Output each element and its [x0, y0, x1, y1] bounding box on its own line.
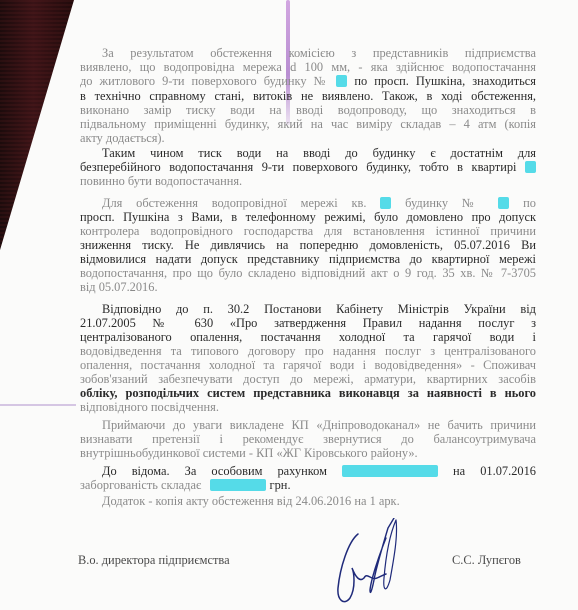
redacted-house-number — [336, 75, 347, 87]
p4-line-6: зобов'язаний забезпечувати доступ до мер… — [80, 372, 536, 386]
p3-line-2: просп. Пушкіна з Вами, в телефонному реж… — [80, 210, 536, 224]
p4-line-7: обліку, розподільчих систем представника… — [80, 386, 536, 400]
p6-line-2: заборгованість складає грн. — [80, 478, 536, 492]
signer-name: С.С. Лупєгов — [452, 553, 521, 568]
p4-line-2: 21.07.2005 № 630 «Про затвердження Прави… — [80, 316, 536, 330]
p3-line-6: водопостачання, про що було складено від… — [80, 266, 536, 280]
scan-shadow-corner — [0, 0, 74, 250]
p1-line-7: акту додається). — [80, 131, 536, 145]
p6-line-1a: До відома. За особовим рахунком — [102, 464, 327, 478]
p6-line-2a: заборгованість складає — [80, 478, 201, 492]
p4-line-3: централізованого опалення, постачання хо… — [80, 330, 536, 344]
p5-line-1: Приймаючи до уваги викладене КП «Дніпров… — [102, 418, 536, 432]
redacted-house — [498, 197, 509, 209]
p1-line-3: до житлового 9-ти поверхового будинку № … — [80, 74, 536, 88]
p2-line-2: безперебійного водопостачання 9-ти повер… — [80, 160, 536, 174]
handwritten-signature — [330, 518, 420, 608]
p3-line-1b: будинку № — [405, 196, 484, 210]
attachment-note: Додаток - копія акту обстеження від 24.0… — [102, 494, 536, 508]
p4-line-4: водовідведення та типового договору про … — [80, 344, 536, 358]
p2-line-2a: безперебійного водопостачання 9-ти повер… — [80, 160, 516, 174]
p1-line-1: За результатом обстеження комісією з пре… — [102, 46, 536, 60]
signer-position: В.о. директора підприємства — [78, 553, 230, 568]
p1-line-3a: до житлового 9-ти поверхового будинку № — [80, 74, 329, 88]
p4-line-5: опалення, постачання холодної та гарячої… — [80, 358, 536, 372]
p2-line-1: Таким чином тиск води на вводі до будинк… — [102, 146, 536, 160]
p5-line-3: внутрішньобудинкової системи - КП «ЖГ Кі… — [80, 446, 536, 460]
p6-line-1b: на 01.07.2016 — [453, 464, 536, 478]
p1-line-4: в технічно справному стані, витоків не в… — [80, 89, 536, 103]
p3-line-1: Для обстеження водопровідної мережі кв. … — [102, 196, 536, 210]
p3-line-3: контролера водопровідного господарства д… — [80, 224, 536, 238]
p1-line-6: підвальному приміщенні будинку, який на … — [80, 117, 536, 131]
document-page: За результатом обстеження комісією з пре… — [0, 0, 578, 610]
p1-line-2: виявлено, що водопровідна мережа d 100 м… — [80, 60, 536, 74]
p6-line-2b: грн. — [270, 478, 291, 492]
p1-line-3b: по просп. Пушкіна, знаходиться — [354, 74, 536, 88]
p5-line-2: визнавати претензії і рекомендує звернут… — [80, 432, 536, 446]
redacted-account-number — [342, 465, 438, 477]
redacted-debt-amount — [210, 479, 266, 491]
redacted-apartment — [380, 197, 391, 209]
p4-line-8: відповідного посвідчення. — [80, 400, 536, 414]
p1-line-5: виконано замір тиску води на вводі водоп… — [80, 103, 536, 117]
ink-stroke-horizontal — [0, 404, 76, 406]
p6-line-1: До відома. За особовим рахунком на 01.07… — [102, 464, 536, 478]
p3-line-5: відмовилися надати допуск представнику п… — [80, 252, 536, 266]
p3-line-1c: по — [523, 196, 536, 210]
p3-line-7: від 05.07.2016. — [80, 280, 536, 294]
redacted-apartment-number — [525, 161, 536, 173]
p4-line-1: Відповідно до п. 30.2 Постанови Кабінету… — [102, 302, 536, 316]
p3-line-1a: Для обстеження водопровідної мережі кв. — [102, 196, 366, 210]
p3-line-4: зниження тиску. Не дивлячись на попередн… — [80, 238, 536, 252]
p2-line-3: повинно бути водопостачання. — [80, 174, 536, 188]
